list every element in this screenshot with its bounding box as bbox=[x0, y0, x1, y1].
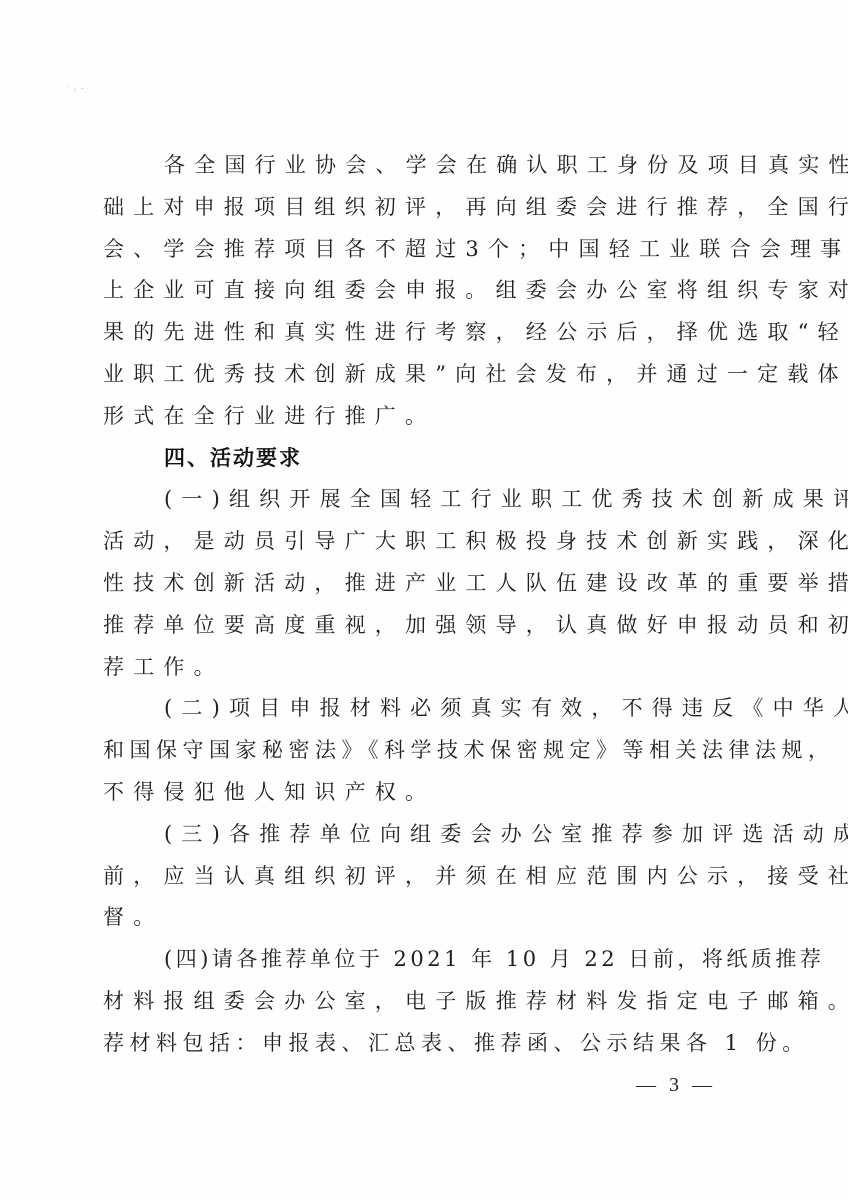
scan-artifact: ˊ ‹ ⁺ bbox=[66, 86, 85, 96]
requirement-1-line: 活动，是动员引导广大职工积极投身技术创新实践，深化群众 bbox=[103, 521, 748, 563]
paragraph-line: 业职工优秀技术创新成果”向社会发布，并通过一定载体和 bbox=[103, 354, 748, 396]
requirement-1-line: 性技术创新活动，推进产业工人队伍建设改革的重要举措。各 bbox=[103, 563, 748, 605]
requirement-4-line: 材料报组委会办公室，电子版推荐材料发指定电子邮箱。推 bbox=[103, 981, 748, 1023]
page-number: — 3 — bbox=[636, 1074, 716, 1097]
requirement-2-line: 不得侵犯他人知识产权。 bbox=[103, 772, 748, 814]
requirement-3-line: 前，应当认真组织初评，并须在相应范围内公示，接受社会监 bbox=[103, 856, 748, 898]
requirement-1-line: 荐工作。 bbox=[103, 647, 748, 689]
paragraph-line: 会、学会推荐项目各不超过3个；中国轻工业联合会理事以 bbox=[103, 229, 748, 271]
paragraph-line: 各全国行业协会、学会在确认职工身份及项目真实性基 bbox=[103, 145, 748, 187]
document-body: 各全国行业协会、学会在确认职工身份及项目真实性基 础上对申报项目组织初评，再向组… bbox=[103, 145, 748, 1065]
paragraph-line: 形式在全行业进行推广。 bbox=[103, 396, 748, 438]
requirement-2-line: 和国保守国家秘密法》《科学技术保密规定》等相关法律法规， bbox=[103, 730, 748, 772]
document-page: ˊ ‹ ⁺ 各全国行业协会、学会在确认职工身份及项目真实性基 础上对申报项目组织… bbox=[0, 0, 848, 1200]
paragraph-line: 础上对申报项目组织初评，再向组委会进行推荐，全国行业协 bbox=[103, 187, 748, 229]
requirement-4-line: (四)请各推荐单位于 2021 年 10 月 22 日前，将纸质推荐 bbox=[103, 939, 748, 981]
requirement-1-line: (一)组织开展全国轻工行业职工优秀技术创新成果评选 bbox=[103, 479, 748, 521]
requirement-4-line: 荐材料包括：申报表、汇总表、推荐函、公示结果各 1 份。 bbox=[103, 1023, 748, 1065]
requirement-2-line: (二)项目申报材料必须真实有效，不得违反《中华人民共 bbox=[103, 688, 748, 730]
requirement-3-line: (三)各推荐单位向组委会办公室推荐参加评选活动成果 bbox=[103, 814, 748, 856]
requirement-1-line: 推荐单位要高度重视，加强领导，认真做好申报动员和初评推 bbox=[103, 605, 748, 647]
paragraph-line: 上企业可直接向组委会申报。组委会办公室将组织专家对成 bbox=[103, 270, 748, 312]
section-heading: 四、活动要求 bbox=[103, 438, 748, 480]
requirement-3-line: 督。 bbox=[103, 897, 748, 939]
paragraph-line: 果的先进性和真实性进行考察，经公示后，择优选取“轻工行 bbox=[103, 312, 748, 354]
